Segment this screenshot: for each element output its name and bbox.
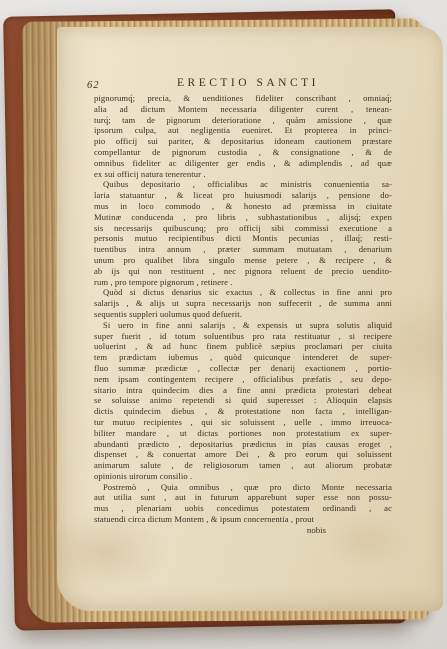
text-line: ab ijs qui non restituent , nec pignora … (94, 266, 392, 277)
text-line: Quibus depositario , officialibus ac min… (94, 179, 392, 190)
text-line: alia ad dictum Montem necessaria diligen… (94, 104, 392, 115)
text-line: sis necessarijs quibuscunq; pro officij … (94, 223, 392, 234)
text-line: personis mutuo recipientibus dicti Monti… (94, 233, 392, 244)
text-line: Postremò , Quia omnibus , quæ pro dicto … (94, 482, 392, 493)
text-line: ipsorum culpa, aut negligentia eueniret.… (94, 125, 392, 136)
paragraph: Si uero in fine anni salarijs , & expens… (94, 320, 392, 482)
text-line: omnibus fideliter ac diligenter ger endi… (94, 158, 392, 169)
text-line: rum , pro tempore pignorum , retinere . (94, 277, 392, 288)
body-text: pignorumq́; precia, & uenditiones fideli… (94, 93, 392, 525)
text-line: salarijs , & alijs ut supra necessarijs … (94, 298, 392, 309)
text-line: dispenset , & conuertat amore Dei , & pr… (94, 449, 392, 460)
text-line: turq́; tam de pignorum deterioratione , … (94, 115, 392, 126)
text-line: se soluisse animo repetendi si quid supe… (94, 395, 392, 406)
text-line: pignorumq́; precia, & uenditiones fideli… (94, 93, 392, 104)
text-line: Si uero in fine anni salarijs , & expens… (94, 320, 392, 331)
text-line: ex sui officij natura tenerentur . (94, 169, 392, 180)
text-block: 62 ERECTIO SANCTI pignorumq́; precia, & … (94, 77, 392, 536)
paragraph: Quòd si dictus denarius sic exactus , & … (94, 287, 392, 319)
book-page: 62 ERECTIO SANCTI pignorumq́; precia, & … (57, 27, 443, 611)
paragraph: pignorumq́; precia, & uenditiones fideli… (94, 93, 392, 179)
running-title: ERECTIO SANCTI (94, 77, 392, 89)
page-number: 62 (87, 80, 100, 91)
text-line: animarum salute , de religiosorum tamen … (94, 460, 392, 471)
text-line: tem prædictam iubemus , quòd quicunque i… (94, 352, 392, 363)
book-photo: 62 ERECTIO SANCTI pignorumq́; precia, & … (0, 0, 447, 649)
paragraph: Postremò , Quia omnibus , quæ pro dicto … (94, 482, 392, 525)
text-line: sitario intra quindecim dies a fine anni… (94, 385, 392, 396)
text-line: pio officij sui pariter, & depositarius … (94, 136, 392, 147)
text-line: statuendi circa dictum Montem , & ipsum … (94, 514, 392, 525)
text-line: biliter mandare , ut dictas portiones no… (94, 428, 392, 439)
text-line: super fuerit , id totum soluentibus pro … (94, 331, 392, 342)
text-line: compellantur de pignorum custodia , & co… (94, 147, 392, 158)
text-line: sequentis suppleri uolumus quod defuerit… (94, 309, 392, 320)
text-line: abundanti prædicto , depositarius prædic… (94, 439, 392, 450)
text-line: laria statuantur , & liceat pro huiusmod… (94, 190, 392, 201)
text-line: Quòd si dictus denarius sic exactus , & … (94, 287, 392, 298)
text-line: opinionis uirorum consilio . (94, 471, 392, 482)
text-line: unum pro qualibet libra singulo mense pe… (94, 255, 392, 266)
paragraph: Quibus depositario , officialibus ac min… (94, 179, 392, 287)
text-line: dictis quindecim diebus , & protestation… (94, 406, 392, 417)
text-line: fluo summæ prædictæ , collectæ per denar… (94, 363, 392, 374)
text-line: Mutinæ conducenda , pro libris , subhast… (94, 212, 392, 223)
text-line: tur mutuo recipientes , qui sic soluisse… (94, 417, 392, 428)
page-header: 62 ERECTIO SANCTI (94, 77, 392, 93)
text-line: uoluerint , & ad hunc finem publicè sæpi… (94, 341, 392, 352)
catchword: nobis (94, 525, 392, 536)
text-line: mus , plenariam uobis concedimus potesta… (94, 503, 392, 514)
text-line: mus in loco commodo , & honesto ad præmi… (94, 201, 392, 212)
text-line: aut utilia sunt , aut in futurum appareb… (94, 492, 392, 503)
text-line: tuentibus intra annum , præter summam mu… (94, 244, 392, 255)
text-line: nem ipsam contingentem recipere , offici… (94, 374, 392, 385)
